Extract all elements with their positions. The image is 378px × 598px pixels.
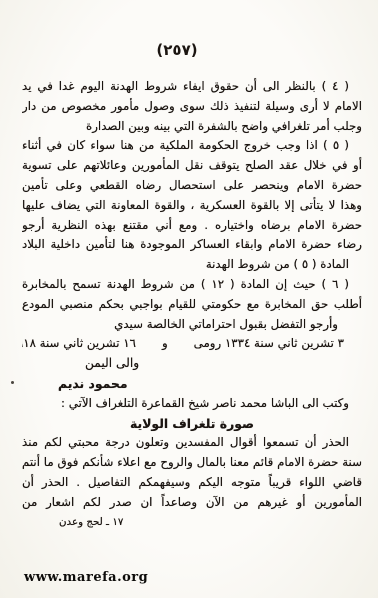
page-number: (٢٥٧) [0,41,378,59]
site-watermark: www.marefa.org [24,570,148,585]
paragraph-5-line: حضرة الامام برضاه واختياره . ومع أني مقت… [22,216,362,236]
paragraph-5-line: المادة ( ٥ ) من شروط الهدنة [22,255,362,275]
date-line: ٣ تشرين ثاني سنة ١٣٣٤ رومى و ١٦ تشرين ثا… [22,334,362,354]
telegram-line: سنة حضرة الامام قائم معنا بالمال والروح … [22,453,362,473]
paragraph-5-line: حضرة الامام وينحصر على استحصال رضاه القط… [22,176,362,196]
date-separator: و [162,334,168,354]
telegram-intro-line: وكتب الى الباشا محمد ناصر شيخ القماعرة ا… [22,394,362,414]
paragraph-6-line: وأرجو التفضل بقبول احتراماتي الخالصة سيد… [22,315,362,335]
telegram-line: الحذر أن تسمعوا أقوال المفسدين وتعلون در… [22,433,362,453]
paragraph-6-line: ( ٦ ) حيث إن المادة ( ١٢ ) من شروط الهدن… [22,275,362,295]
scan-speck [11,381,14,384]
telegram-line: المأمورين أو غيرهم من الآن وصاعداً ان صد… [22,493,362,513]
scanned-book-page: (٢٥٧) ( ٤ ) بالنظر الى أن حقوق ايفاء شرو… [0,0,378,598]
gregorian-date: ١٦ تشرين ثاني سنة ١٩١٨ م [22,334,136,354]
signatory-title: والى اليمن [22,354,362,374]
paragraph-4-line: وجلب أمر تلغرافي واضح بالشفرة التي بينه … [22,117,362,137]
signatory-name: محمود نديم [22,374,362,394]
paragraph-5-line: ( ٥ ) اذا وجب خروج الحكومة الملكية من هن… [22,136,362,156]
telegram-heading: صورة تلغراف الولاية [22,414,362,434]
paragraph-4-line: ( ٤ ) بالنظر الى أن حقوق ايفاء شروط الهد… [22,77,362,97]
page-text-block: ( ٤ ) بالنظر الى أن حقوق ايفاء شروط الهد… [22,77,362,532]
paragraph-6-line: أطلب حق المخابرة مع حكومتي للقيام بواجبي… [22,295,362,315]
paragraph-5-line: وهذا لا يتأتى إلا بالقوة العسكرية ، والق… [22,196,362,216]
paragraph-4-line: الامام لا أرى وسيلة لتنفيذ ذلك سوى وصول … [22,97,362,117]
paragraph-5-line: أو في خلال عقد الصلح يتوقف نقل المأمورين… [22,156,362,176]
rumi-date: ٣ تشرين ثاني سنة ١٣٣٤ رومى [194,334,344,354]
telegram-line: قاضي اللواء قريباً متوجه اليكم وسيفهمكم … [22,473,362,493]
signature-catchword: ١٧ ـ لحج وعدن [22,513,362,533]
paragraph-5-line: رضاء حضرة الامام وابقاء العساكر الموجودة… [22,235,362,255]
